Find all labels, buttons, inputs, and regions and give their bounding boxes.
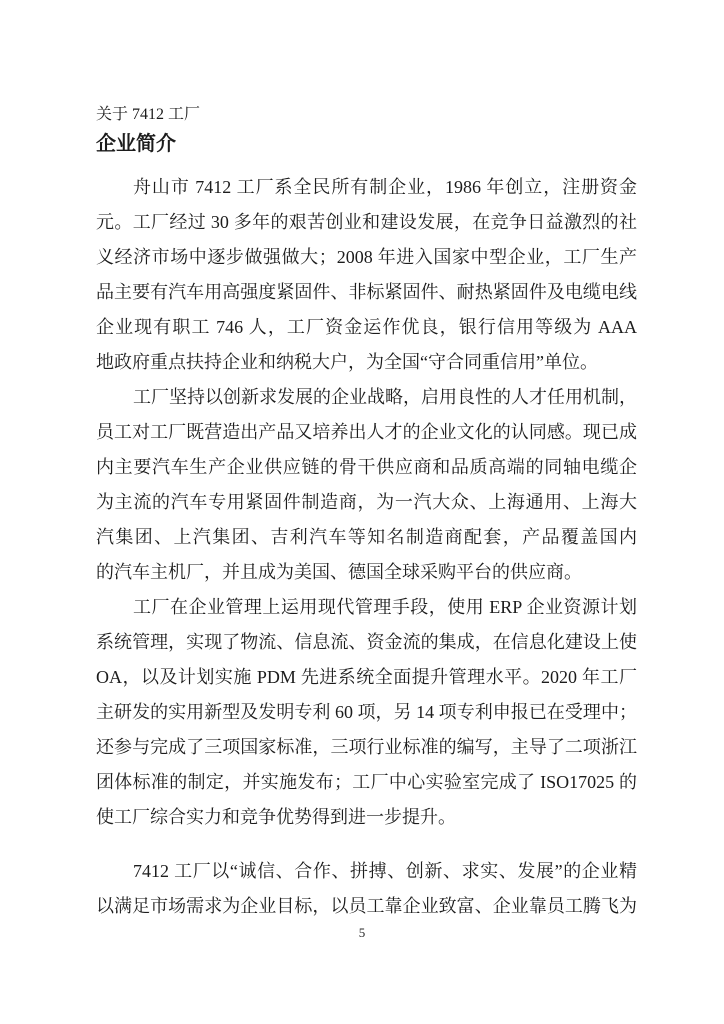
text-line: 元。工厂经过 30 多年的艰苦创业和建设发展，在竞争日益激烈的社会主 bbox=[96, 205, 637, 240]
page-number: 5 bbox=[0, 924, 724, 942]
text-line: 员工对工厂既营造出产品又培养出人才的企业文化的认同感。现已成为国 bbox=[96, 415, 637, 450]
paragraph: 舟山市 7412 工厂系全民所有制企业，1986 年创立，注册资金 1.5 亿元… bbox=[96, 170, 637, 380]
text-line: 为主流的汽车专用紧固件制造商，为一汽大众、上海通用、上海大众、一 bbox=[96, 485, 637, 520]
text-line: 地政府重点扶持企业和纳税大户，为全国“守合同重信用”单位。 bbox=[96, 345, 637, 380]
text-line: 工厂在企业管理上运用现代管理手段，使用 ERP 企业资源计划计算机 bbox=[96, 590, 637, 625]
paragraph: 工厂坚持以创新求发展的企业战略，启用良性的人才任用机制，激发员工对工厂既营造出产… bbox=[96, 380, 637, 590]
header-note: 关于 7412 工厂 bbox=[96, 104, 637, 126]
paragraph: 工厂在企业管理上运用现代管理手段，使用 ERP 企业资源计划计算机系统管理，实现… bbox=[96, 590, 637, 835]
text-line: 以满足市场需求为企业目标，以员工靠企业致富、企业靠员工腾飞为追求， bbox=[96, 889, 637, 924]
text-line: 工厂坚持以创新求发展的企业战略，启用良性的人才任用机制，激发 bbox=[96, 380, 637, 415]
text-line: 内主要汽车生产企业供应链的骨干供应商和品质高端的同轴电缆企业。作 bbox=[96, 450, 637, 485]
text-line: 系统管理，实现了物流、信息流、资金流的集成，在信息化建设上使用了 bbox=[96, 625, 637, 660]
text-line: 团体标准的制定，并实施发布；工厂中心实验室完成了 ISO17025 的认证， bbox=[96, 765, 637, 800]
document-page: 关于 7412 工厂 企业简介 舟山市 7412 工厂系全民所有制企业，1986… bbox=[0, 0, 724, 1024]
text-line: 义经济市场中逐步做强做大；2008 年进入国家中型企业，工厂生产的产 bbox=[96, 240, 637, 275]
text-line: OA，以及计划实施 PDM 先进系统全面提升管理水平。2020 年工厂拥有自 bbox=[96, 660, 637, 695]
text-line: 的汽车主机厂，并且成为美国、德国全球采购平台的供应商。 bbox=[96, 555, 637, 590]
text-line: 7412 工厂以“诚信、合作、拼搏、创新、求实、发展”的企业精神； bbox=[96, 854, 637, 889]
section-title: 企业简介 bbox=[96, 131, 637, 158]
paragraph: 7412 工厂以“诚信、合作、拼搏、创新、求实、发展”的企业精神；以满足市场需求… bbox=[96, 854, 637, 924]
text-line: 企业现有职工 746 人，工厂资金运作优良，银行信用等级为 AAA 级，为当 bbox=[96, 310, 637, 345]
text-line: 还参与完成了三项国家标准，三项行业标准的编写，主导了二项浙江制造 bbox=[96, 730, 637, 765]
text-line: 汽集团、上汽集团、吉利汽车等知名制造商配套，产品覆盖国内 50%以上 bbox=[96, 520, 637, 555]
text-line: 主研发的实用新型及发明专利 60 项，另 14 项专利申报已在受理中；工厂 bbox=[96, 695, 637, 730]
text-line: 品主要有汽车用高强度紧固件、非标紧固件、耐热紧固件及电缆电线产品。 bbox=[96, 275, 637, 310]
page-content: 关于 7412 工厂 企业简介 舟山市 7412 工厂系全民所有制企业，1986… bbox=[96, 104, 637, 924]
body-text: 舟山市 7412 工厂系全民所有制企业，1986 年创立，注册资金 1.5 亿元… bbox=[96, 170, 637, 924]
text-line: 舟山市 7412 工厂系全民所有制企业，1986 年创立，注册资金 1.5 亿 bbox=[96, 170, 637, 205]
text-line: 使工厂综合实力和竞争优势得到进一步提升。 bbox=[96, 800, 637, 835]
